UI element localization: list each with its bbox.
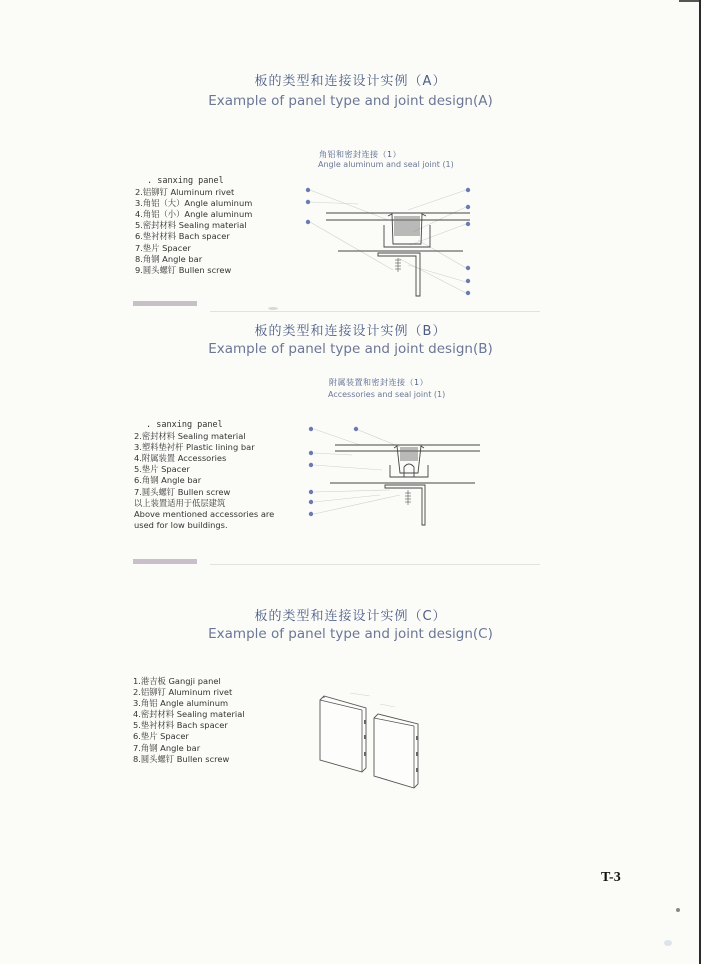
section-b-subtitle-cn: 附属装置和密封连接（1） (329, 377, 428, 388)
section-b-legend: . sanxing panel 2.密封材料 Sealing material … (134, 420, 274, 531)
section-c-title-cn: 板的类型和连接设计实例（C） (0, 605, 701, 624)
legend-item: 2.密封材料 Sealing material (134, 431, 274, 442)
legend-item: used for low buildings. (134, 520, 274, 531)
legend-item: 4.角铝（小）Angle aluminum (135, 209, 252, 220)
legend-item: . sanxing panel (134, 420, 274, 431)
section-divider-line (210, 564, 540, 565)
section-divider-mark (133, 559, 197, 564)
legend-item: 5.密封材料 Sealing material (135, 220, 252, 231)
section-b-title-en: Example of panel type and joint design(B… (0, 341, 701, 357)
legend-item: 4.密封材料 Sealing material (133, 709, 245, 720)
section-c-legend: 1.港吉板 Gangji panel 2.铝铆钉 Aluminum rivet … (133, 676, 245, 765)
legend-item: 3.角铝（大）Angle aluminum (135, 198, 252, 209)
legend-item: 9.圆头螺钉 Bullen screw (135, 265, 252, 276)
joint-diagram-b (300, 415, 520, 540)
section-a-legend: . sanxing panel 2.铝铆钉 Aluminum rivet 3.角… (135, 176, 252, 276)
scan-edge-top (679, 0, 699, 2)
legend-item: 7.垫片 Spacer (135, 243, 252, 254)
legend-item: 3.角铝 Angle aluminum (133, 698, 245, 709)
legend-item: 7.角钢 Angle bar (133, 743, 245, 754)
legend-item: . sanxing panel (135, 176, 252, 187)
legend-item: Above mentioned accessories are (134, 509, 274, 520)
legend-item: 7.圆头螺钉 Bullen screw (134, 487, 274, 498)
scan-speck (664, 940, 672, 946)
legend-item: 5.垫衬材料 Bach spacer (133, 720, 245, 731)
legend-item: 2.铝铆钉 Aluminum rivet (135, 187, 252, 198)
section-divider-mark (133, 301, 197, 306)
section-c-title-en: Example of panel type and joint design(C… (0, 626, 701, 642)
panel-diagram-c (300, 680, 440, 795)
section-a-subtitle-en: Angle aluminum and seal joint (1) (318, 160, 454, 169)
legend-item: 1.港吉板 Gangji panel (133, 676, 245, 687)
legend-item: 6.垫衬材料 Bach spacer (135, 231, 252, 242)
section-a-title-cn: 板的类型和连接设计实例（A） (0, 70, 701, 89)
legend-item: 以上装置适用于低层建筑 (134, 498, 274, 509)
legend-item: 6.角钢 Angle bar (134, 475, 274, 486)
legend-item: 5.垫片 Spacer (134, 464, 274, 475)
joint-diagram-a (298, 180, 478, 300)
page-number: T-3 (601, 870, 621, 886)
legend-item: 8.角钢 Angle bar (135, 254, 252, 265)
section-b-title-cn: 板的类型和连接设计实例（B） (0, 320, 701, 339)
section-a-subtitle-cn: 角铝和密封连接（1） (319, 149, 401, 160)
scan-speck (676, 908, 680, 912)
legend-item: 4.附属装置 Accessories (134, 453, 274, 464)
section-divider-line (210, 311, 540, 312)
section-a-title-en: Example of panel type and joint design(A… (0, 93, 701, 109)
legend-item: 6.垫片 Spacer (133, 731, 245, 742)
legend-item: 8.圆头螺钉 Bullen screw (133, 754, 245, 765)
section-b-subtitle-en: Accessories and seal joint (1) (328, 390, 445, 399)
legend-item: 2.铝铆钉 Aluminum rivet (133, 687, 245, 698)
scan-speck (268, 307, 278, 310)
legend-item: 3.塑料垫衬杆 Plastic lining bar (134, 442, 274, 453)
